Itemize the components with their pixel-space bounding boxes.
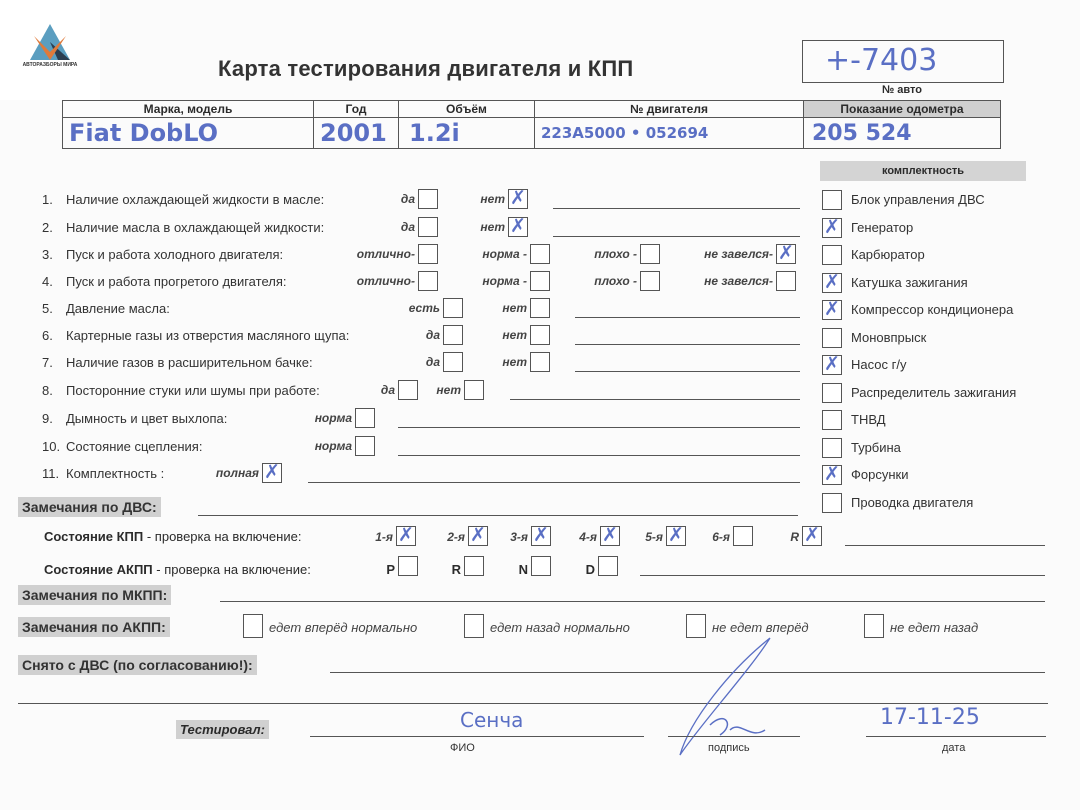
option-checkbox[interactable] — [418, 189, 438, 209]
question-text: Картерные газы из отверстия масляного щу… — [66, 328, 349, 343]
gear-checkbox[interactable] — [666, 526, 686, 546]
completeness-item-label: Турбина — [851, 440, 901, 455]
option-label: отлично- — [357, 247, 415, 261]
kpp-notes-line[interactable] — [845, 545, 1045, 546]
removed-label: Снято с ДВС (по согласованию!): — [18, 655, 257, 675]
notes-line[interactable] — [575, 344, 800, 345]
col-year: Год — [314, 101, 399, 118]
notes-line[interactable] — [510, 399, 800, 400]
option-label: норма - — [482, 247, 527, 261]
separator-line — [18, 703, 1048, 704]
option-label: нет — [502, 301, 527, 315]
gear-label: 3-я — [510, 530, 528, 544]
col-volume: Объём — [399, 101, 535, 118]
gear-label: 5-я — [645, 530, 663, 544]
gear-checkbox[interactable] — [600, 526, 620, 546]
notes-line[interactable] — [553, 236, 800, 237]
odometer-value[interactable]: 205 524 — [804, 118, 1001, 149]
option-checkbox[interactable] — [530, 244, 550, 264]
akpp-remark-checkbox[interactable] — [864, 614, 884, 638]
signature-caption: подпись — [708, 742, 750, 754]
question-text: Пуск и работа прогретого двигателя: — [66, 274, 286, 289]
option-checkbox[interactable] — [530, 352, 550, 372]
question-number: 5. — [42, 301, 53, 316]
completeness-checkbox[interactable] — [822, 465, 842, 485]
question-number: 1. — [42, 192, 53, 207]
auto-number-label: № авто — [802, 84, 1002, 96]
completeness-checkbox[interactable] — [822, 273, 842, 293]
question-number: 11. — [42, 466, 59, 481]
option-label: нет — [502, 355, 527, 369]
option-label: да — [426, 328, 440, 342]
option-checkbox[interactable] — [530, 271, 550, 291]
completeness-checkbox[interactable] — [822, 410, 842, 430]
option-label: не завелся- — [704, 274, 773, 288]
question-number: 4. — [42, 274, 53, 289]
completeness-item-label: Блок управления ДВС — [851, 192, 985, 207]
option-checkbox[interactable] — [355, 436, 375, 456]
option-checkbox[interactable] — [508, 189, 528, 209]
logo-mark-icon — [28, 22, 72, 62]
option-checkbox[interactable] — [355, 408, 375, 428]
logo-text: АВТОРАЗБОРЫ МИРА — [10, 62, 90, 68]
completeness-item-label: Форсунки — [851, 467, 908, 482]
option-label: нет — [480, 220, 505, 234]
question-number: 7. — [42, 355, 53, 370]
option-checkbox[interactable] — [640, 244, 660, 264]
tester-name-value[interactable]: Сенча — [460, 708, 523, 732]
option-label: не завелся- — [704, 247, 773, 261]
option-checkbox[interactable] — [776, 271, 796, 291]
akpp-remark-label: не едет назад — [890, 620, 978, 635]
akpp-label-bold: Состояние АКПП — [44, 562, 153, 577]
akpp-label: Состояние АКПП - проверка на включение: — [44, 562, 311, 577]
question-number: 6. — [42, 328, 53, 343]
name-line — [310, 736, 644, 737]
make-model-value[interactable]: Fiat DobLO — [63, 118, 314, 149]
question-text: Наличие масла в охлаждающей жидкости: — [66, 220, 324, 235]
remarks-akpp-label: Замечания по АКПП: — [18, 617, 170, 637]
akpp-remark-label: едет назад нормально — [490, 620, 630, 635]
volume-value[interactable]: 1.2i — [399, 118, 535, 149]
auto-number-value: +-7403 — [803, 41, 1003, 81]
option-checkbox[interactable] — [508, 217, 528, 237]
gear-label: R — [790, 530, 799, 544]
completeness-checkbox[interactable] — [822, 355, 842, 375]
completeness-item-label: ТНВД — [851, 412, 886, 427]
akpp-position-label: D — [586, 562, 595, 577]
date-value[interactable]: 17-11-25 — [880, 705, 980, 730]
signature-stroke-icon — [670, 630, 790, 760]
option-checkbox[interactable] — [776, 244, 796, 264]
option-checkbox[interactable] — [443, 298, 463, 318]
year-value[interactable]: 2001 — [314, 118, 399, 149]
akpp-position-label: R — [452, 562, 461, 577]
question-text: Пуск и работа холодного двигателя: — [66, 247, 283, 262]
akpp-position-checkbox[interactable] — [398, 556, 418, 576]
akpp-position-checkbox[interactable] — [598, 556, 618, 576]
option-label: нет — [480, 192, 505, 206]
option-label: плохо - — [594, 274, 637, 288]
date-caption: дата — [942, 742, 965, 754]
question-text: Комплектность : — [66, 466, 164, 481]
option-checkbox[interactable] — [464, 380, 484, 400]
option-label: да — [401, 192, 415, 206]
option-label: есть — [409, 301, 440, 315]
kpp-label: Состояние КПП - проверка на включение: — [44, 529, 301, 544]
gear-label: 1-я — [375, 530, 393, 544]
remarks-engine-line[interactable] — [198, 515, 798, 516]
tested-by-label: Тестировал: — [176, 720, 269, 739]
option-label: да — [381, 383, 395, 397]
remarks-engine-label: Замечания по ДВС: — [18, 497, 161, 517]
completeness-item-label: Карбюратор — [851, 247, 925, 262]
gear-label: 4-я — [579, 530, 597, 544]
option-label: да — [426, 355, 440, 369]
completeness-item-label: Генератор — [851, 220, 913, 235]
notes-line[interactable] — [575, 371, 800, 372]
notes-line[interactable] — [398, 427, 800, 428]
akpp-position-checkbox[interactable] — [531, 556, 551, 576]
akpp-position-checkbox[interactable] — [464, 556, 484, 576]
gear-checkbox[interactable] — [396, 526, 416, 546]
auto-number-field[interactable]: +-7403 — [802, 40, 1004, 83]
completeness-checkbox[interactable] — [822, 190, 842, 210]
question-number: 8. — [42, 383, 53, 398]
kpp-label-rest: - проверка на включение: — [143, 529, 301, 544]
option-checkbox[interactable] — [530, 298, 550, 318]
akpp-remark-checkbox[interactable] — [464, 614, 484, 638]
akpp-position-label: N — [519, 562, 528, 577]
akpp-remark-checkbox[interactable] — [243, 614, 263, 638]
col-make-model: Марка, модель — [63, 101, 314, 118]
completeness-checkbox[interactable] — [822, 245, 842, 265]
gear-checkbox[interactable] — [531, 526, 551, 546]
question-text: Давление масла: — [66, 301, 170, 316]
completeness-checkbox[interactable] — [822, 493, 842, 513]
gear-checkbox[interactable] — [802, 526, 822, 546]
completeness-checkbox[interactable] — [822, 328, 842, 348]
option-label: норма - — [482, 274, 527, 288]
option-label: нет — [502, 328, 527, 342]
completeness-checkbox[interactable] — [822, 300, 842, 320]
question-text: Дымность и цвет выхлопа: — [66, 411, 227, 426]
logo: АВТОРАЗБОРЫ МИРА — [0, 0, 100, 100]
question-number: 10. — [42, 439, 60, 454]
name-caption: ФИО — [450, 742, 475, 754]
option-checkbox[interactable] — [418, 244, 438, 264]
option-checkbox[interactable] — [443, 325, 463, 345]
option-checkbox[interactable] — [418, 217, 438, 237]
completeness-item-label: Моновпрыск — [851, 330, 926, 345]
completeness-item-label: Проводка двигателя — [851, 495, 973, 510]
completeness-item-label: Компрессор кондиционера — [851, 302, 1013, 317]
completeness-checkbox[interactable] — [822, 383, 842, 403]
gear-checkbox[interactable] — [468, 526, 488, 546]
question-text: Наличие газов в расширительном бачке: — [66, 355, 313, 370]
removed-text: Снято с ДВС (по согласованию!): — [22, 657, 253, 673]
option-label: да — [401, 220, 415, 234]
completeness-checkbox[interactable] — [822, 438, 842, 458]
question-number: 3. — [42, 247, 53, 262]
question-number: 2. — [42, 220, 53, 235]
gear-checkbox[interactable] — [733, 526, 753, 546]
gear-label: 6-я — [712, 530, 730, 544]
col-engine-number: № двигателя — [535, 101, 804, 118]
kpp-label-bold: Состояние КПП — [44, 529, 143, 544]
option-checkbox[interactable] — [443, 352, 463, 372]
notes-line[interactable] — [308, 482, 800, 483]
question-text: Посторонние стуки или шумы при работе: — [66, 383, 320, 398]
completeness-item-label: Катушка зажигания — [851, 275, 968, 290]
akpp-position-label: P — [386, 562, 395, 577]
option-checkbox[interactable] — [418, 271, 438, 291]
completeness-checkbox[interactable] — [822, 218, 842, 238]
completeness-item-label: Распределитель зажигания — [851, 385, 1016, 400]
akpp-label-rest: - проверка на включение: — [153, 562, 311, 577]
notes-line[interactable] — [575, 317, 800, 318]
engine-number-value[interactable]: 223A5000 • 052694 — [535, 118, 804, 149]
option-label: отлично- — [357, 274, 415, 288]
signature-line — [668, 736, 800, 737]
question-text: Наличие охлаждающей жидкости в масле: — [66, 192, 324, 207]
page-title: Карта тестирования двигателя и КПП — [218, 56, 633, 82]
remarks-mkpp-label: Замечания по МКПП: — [18, 585, 171, 605]
remarks-mkpp-line[interactable] — [220, 601, 1045, 602]
akpp-remark-label: едет вперёд нормально — [269, 620, 417, 635]
akpp-notes-line[interactable] — [640, 575, 1045, 576]
date-line — [866, 736, 1046, 737]
option-label: норма — [315, 439, 352, 453]
option-checkbox[interactable] — [530, 325, 550, 345]
notes-line[interactable] — [398, 455, 800, 456]
option-label: плохо - — [594, 247, 637, 261]
option-label: норма — [315, 411, 352, 425]
option-checkbox[interactable] — [398, 380, 418, 400]
completeness-item-label: Насос г/у — [851, 357, 906, 372]
option-label: нет — [436, 383, 461, 397]
col-odometer: Показание одометра — [804, 101, 1001, 118]
question-number: 9. — [42, 411, 53, 426]
notes-line[interactable] — [553, 208, 800, 209]
option-label: полная — [216, 466, 259, 480]
gear-label: 2-я — [447, 530, 465, 544]
option-checkbox[interactable] — [262, 463, 282, 483]
vehicle-info-table: Марка, модель Год Объём № двигателя Пока… — [62, 100, 1001, 149]
option-checkbox[interactable] — [640, 271, 660, 291]
question-text: Состояние сцепления: — [66, 439, 202, 454]
completeness-header: комплектность — [820, 161, 1026, 181]
